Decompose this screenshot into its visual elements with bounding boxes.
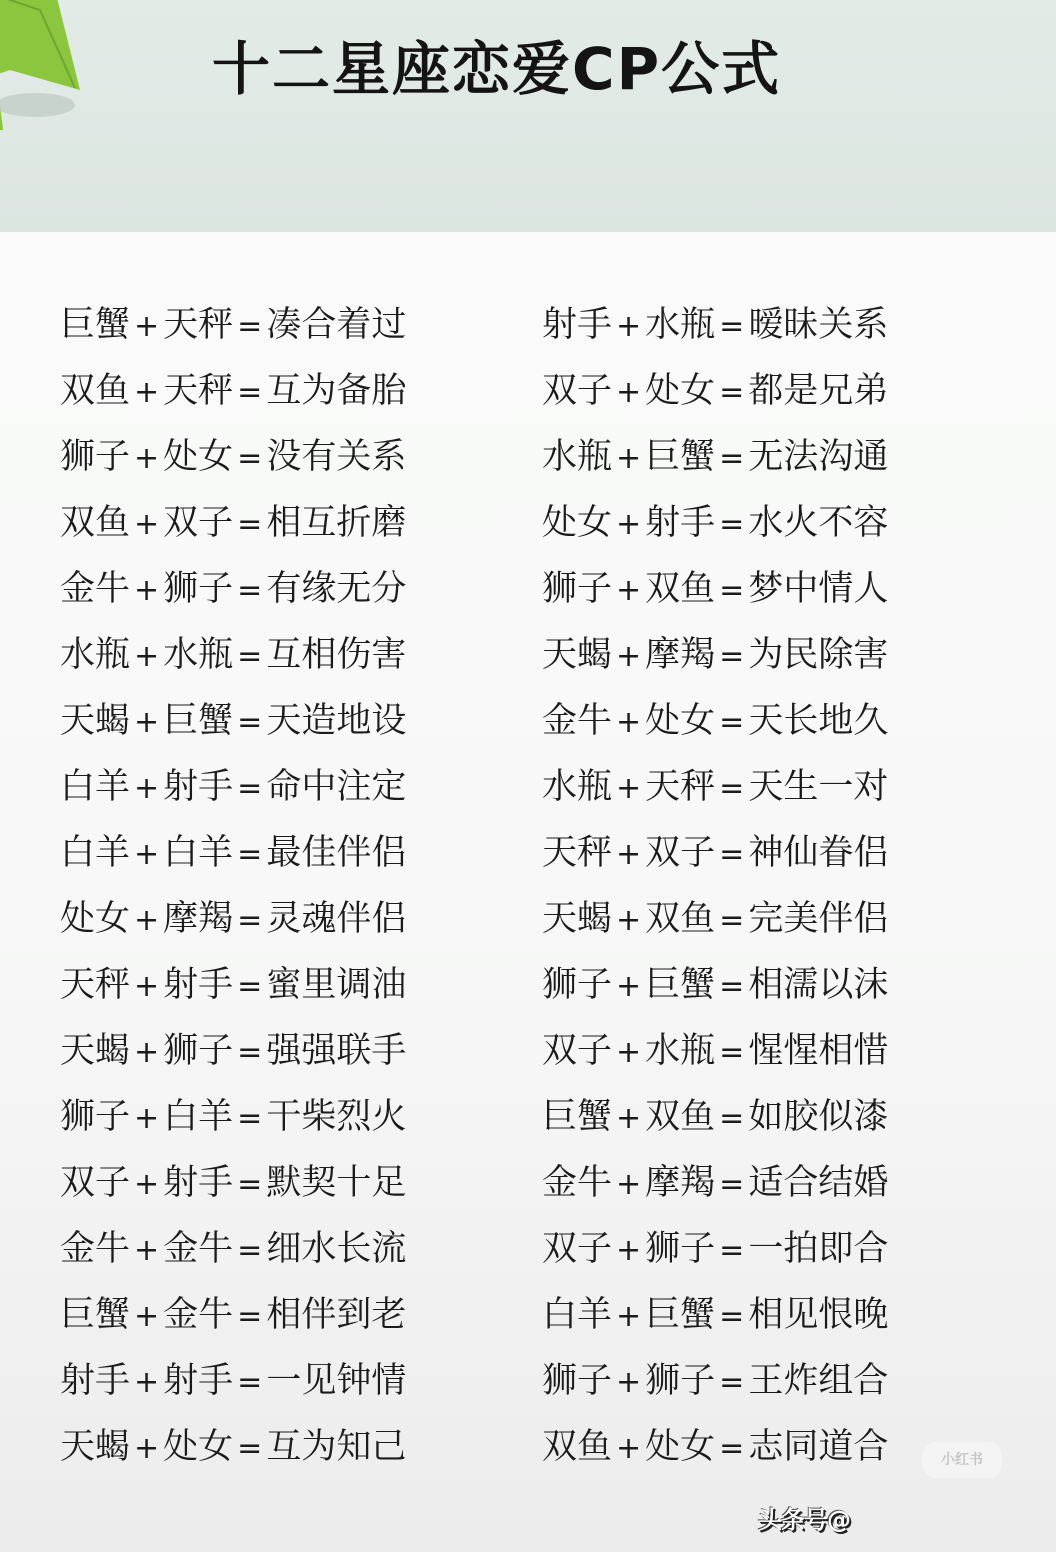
equals-sign: = (719, 309, 744, 344)
pairing-item: 巨蟹+金牛=相伴到老 (60, 1286, 542, 1352)
pairing-item: 射手+水瓶=暧昧关系 (542, 296, 962, 362)
plus-sign: + (616, 1167, 641, 1202)
pairing-item: 巨蟹+天秤=凑合着过 (60, 296, 542, 362)
pairing-item: 白羊+射手=命中注定 (60, 758, 542, 824)
pairing-result: 水火不容 (748, 503, 888, 543)
sign-b: 处女 (163, 1427, 233, 1467)
sign-a: 白羊 (60, 767, 130, 807)
plus-sign: + (134, 1035, 159, 1070)
sign-a: 射手 (542, 305, 612, 345)
equals-sign: = (719, 1101, 744, 1136)
sign-b: 狮子 (163, 1031, 233, 1071)
plus-sign: + (134, 705, 159, 740)
sign-b: 双鱼 (645, 569, 715, 609)
plus-sign: + (134, 837, 159, 872)
equals-sign: = (719, 639, 744, 674)
equals-sign: = (719, 903, 744, 938)
pairing-result: 天长地久 (748, 701, 888, 741)
equals-sign: = (719, 1431, 744, 1466)
equals-sign: = (237, 1035, 262, 1070)
sign-a: 天蝎 (60, 1427, 130, 1467)
pairing-result: 互为备胎 (266, 371, 406, 411)
plus-sign: + (616, 705, 641, 740)
sign-a: 天秤 (60, 965, 130, 1005)
sign-b: 天秤 (645, 767, 715, 807)
sign-b: 白羊 (163, 1097, 233, 1137)
pairing-item: 天秤+双子=神仙眷侣 (542, 824, 962, 890)
equals-sign: = (237, 573, 262, 608)
sign-a: 狮子 (542, 1361, 612, 1401)
plus-sign: + (616, 639, 641, 674)
sign-a: 白羊 (542, 1295, 612, 1335)
sign-a: 双子 (60, 1163, 130, 1203)
equals-sign: = (237, 507, 262, 542)
sign-b: 射手 (645, 503, 715, 543)
sign-a: 天蝎 (542, 899, 612, 939)
pairing-result: 惺惺相惜 (748, 1031, 888, 1071)
sign-b: 处女 (645, 1427, 715, 1467)
plus-sign: + (616, 1431, 641, 1466)
pairing-item: 狮子+处女=没有关系 (60, 428, 542, 494)
pairing-result: 志同道合 (748, 1427, 888, 1467)
pairing-item: 白羊+巨蟹=相见恨晚 (542, 1286, 962, 1352)
sign-b: 射手 (163, 965, 233, 1005)
sign-b: 巨蟹 (645, 437, 715, 477)
sign-b: 处女 (163, 437, 233, 477)
sign-a: 双鱼 (542, 1427, 612, 1467)
pairing-item: 双子+狮子=一拍即合 (542, 1220, 962, 1286)
sign-b: 处女 (645, 371, 715, 411)
plus-sign: + (616, 969, 641, 1004)
sign-a: 巨蟹 (542, 1097, 612, 1137)
pairing-item: 巨蟹+双鱼=如胶似漆 (542, 1088, 962, 1154)
sign-a: 金牛 (60, 1229, 130, 1269)
pairing-result: 适合结婚 (748, 1163, 888, 1203)
plus-sign: + (134, 375, 159, 410)
sign-b: 射手 (163, 1361, 233, 1401)
plus-sign: + (616, 1299, 641, 1334)
equals-sign: = (237, 837, 262, 872)
pairing-result: 都是兄弟 (748, 371, 888, 411)
plus-sign: + (616, 1233, 641, 1268)
sign-b: 巨蟹 (645, 1295, 715, 1335)
equals-sign: = (719, 969, 744, 1004)
plus-sign: + (616, 309, 641, 344)
sign-b: 金牛 (163, 1229, 233, 1269)
pairing-result: 相濡以沫 (748, 965, 888, 1005)
equals-sign: = (719, 441, 744, 476)
plus-sign: + (134, 1167, 159, 1202)
pairing-result: 默契十足 (266, 1163, 406, 1203)
sign-b: 金牛 (163, 1295, 233, 1335)
equals-sign: = (719, 1299, 744, 1334)
equals-sign: = (237, 441, 262, 476)
page-title: 十二星座恋爱CP公式 (212, 22, 781, 106)
sign-a: 白羊 (60, 833, 130, 873)
pairing-result: 暧昧关系 (748, 305, 888, 345)
pairing-result: 天造地设 (266, 701, 406, 741)
equals-sign: = (719, 1035, 744, 1070)
equals-sign: = (719, 771, 744, 806)
equals-sign: = (237, 771, 262, 806)
pairing-result: 神仙眷侣 (748, 833, 888, 873)
pairing-item: 狮子+巨蟹=相濡以沫 (542, 956, 962, 1022)
plus-sign: + (134, 903, 159, 938)
pairing-result: 没有关系 (266, 437, 406, 477)
watermark-text: 头条号@ (758, 1500, 850, 1535)
sign-b: 射手 (163, 767, 233, 807)
pairing-item: 天秤+射手=蜜里调油 (60, 956, 542, 1022)
sign-a: 双鱼 (60, 371, 130, 411)
sign-a: 天蝎 (542, 635, 612, 675)
plus-sign: + (616, 837, 641, 872)
sign-b: 水瓶 (163, 635, 233, 675)
sign-a: 金牛 (542, 1163, 612, 1203)
sign-b: 狮子 (163, 569, 233, 609)
plus-sign: + (134, 1101, 159, 1136)
sign-a: 狮子 (542, 965, 612, 1005)
sign-b: 巨蟹 (645, 965, 715, 1005)
pairing-result: 相伴到老 (266, 1295, 406, 1335)
pairing-item: 天蝎+巨蟹=天造地设 (60, 692, 542, 758)
sign-b: 白羊 (163, 833, 233, 873)
pairing-result: 干柴烈火 (266, 1097, 406, 1137)
pairing-item: 射手+射手=一见钟情 (60, 1352, 542, 1418)
plus-sign: + (616, 573, 641, 608)
sign-a: 水瓶 (542, 767, 612, 807)
equals-sign: = (719, 573, 744, 608)
equals-sign: = (237, 1167, 262, 1202)
plus-sign: + (134, 309, 159, 344)
equals-sign: = (237, 1365, 262, 1400)
equals-sign: = (237, 375, 262, 410)
pairing-item: 狮子+白羊=干柴烈火 (60, 1088, 542, 1154)
plus-sign: + (134, 507, 159, 542)
pairing-item: 天蝎+双鱼=完美伴侣 (542, 890, 962, 956)
sign-b: 摩羯 (645, 635, 715, 675)
plus-sign: + (616, 1365, 641, 1400)
equals-sign: = (237, 639, 262, 674)
pairing-item: 金牛+摩羯=适合结婚 (542, 1154, 962, 1220)
pairing-item: 狮子+狮子=王炸组合 (542, 1352, 962, 1418)
equals-sign: = (237, 1233, 262, 1268)
equals-sign: = (237, 309, 262, 344)
plus-sign: + (616, 507, 641, 542)
pairing-result: 灵魂伴侣 (266, 899, 406, 939)
pairing-item: 天蝎+狮子=强强联手 (60, 1022, 542, 1088)
sign-b: 射手 (163, 1163, 233, 1203)
pairing-result: 最佳伴侣 (266, 833, 406, 873)
pairing-item: 金牛+狮子=有缘无分 (60, 560, 542, 626)
sign-b: 摩羯 (163, 899, 233, 939)
sign-b: 处女 (645, 701, 715, 741)
pairing-item: 狮子+双鱼=梦中情人 (542, 560, 962, 626)
equals-sign: = (237, 705, 262, 740)
sign-b: 双子 (645, 833, 715, 873)
plus-sign: + (134, 441, 159, 476)
sign-a: 金牛 (542, 701, 612, 741)
pairing-result: 相见恨晚 (748, 1295, 888, 1335)
platform-badge: 小红书 (922, 1442, 1002, 1478)
plus-sign: + (616, 1101, 641, 1136)
sign-a: 巨蟹 (60, 305, 130, 345)
plus-sign: + (134, 639, 159, 674)
sign-b: 水瓶 (645, 1031, 715, 1071)
plus-sign: + (616, 903, 641, 938)
sign-a: 处女 (60, 899, 130, 939)
pairing-item: 双子+处女=都是兄弟 (542, 362, 962, 428)
sign-a: 狮子 (60, 437, 130, 477)
pairing-result: 天生一对 (748, 767, 888, 807)
sign-a: 天蝎 (60, 1031, 130, 1071)
equals-sign: = (719, 375, 744, 410)
sign-b: 水瓶 (645, 305, 715, 345)
pairing-item: 水瓶+水瓶=互相伤害 (60, 626, 542, 692)
sign-a: 水瓶 (542, 437, 612, 477)
pairing-result: 梦中情人 (748, 569, 888, 609)
sign-a: 双子 (542, 371, 612, 411)
sign-b: 天秤 (163, 305, 233, 345)
pairing-item: 金牛+处女=天长地久 (542, 692, 962, 758)
equals-sign: = (719, 705, 744, 740)
sign-a: 狮子 (542, 569, 612, 609)
leaf-decoration-icon (0, 0, 90, 130)
equals-sign: = (719, 1167, 744, 1202)
sign-a: 狮子 (60, 1097, 130, 1137)
sign-a: 金牛 (60, 569, 130, 609)
pairing-result: 王炸组合 (748, 1361, 888, 1401)
pairing-result: 强强联手 (266, 1031, 406, 1071)
plus-sign: + (134, 1299, 159, 1334)
sign-a: 双鱼 (60, 503, 130, 543)
pairing-result: 互相伤害 (266, 635, 406, 675)
pairing-result: 蜜里调油 (266, 965, 406, 1005)
pairing-item: 水瓶+巨蟹=无法沟通 (542, 428, 962, 494)
pairing-item: 双子+射手=默契十足 (60, 1154, 542, 1220)
pairing-result: 无法沟通 (748, 437, 888, 477)
equals-sign: = (237, 1299, 262, 1334)
pairing-item: 白羊+白羊=最佳伴侣 (60, 824, 542, 890)
plus-sign: + (134, 1233, 159, 1268)
sign-b: 摩羯 (645, 1163, 715, 1203)
pairing-result: 一拍即合 (748, 1229, 888, 1269)
pairing-result: 凑合着过 (266, 305, 406, 345)
pairing-item: 水瓶+天秤=天生一对 (542, 758, 962, 824)
pairing-result: 如胶似漆 (748, 1097, 888, 1137)
sign-b: 狮子 (645, 1229, 715, 1269)
pairing-item: 处女+射手=水火不容 (542, 494, 962, 560)
pairing-item: 处女+摩羯=灵魂伴侣 (60, 890, 542, 956)
pairing-result: 相互折磨 (266, 503, 406, 543)
sign-b: 双子 (163, 503, 233, 543)
sign-a: 巨蟹 (60, 1295, 130, 1335)
sign-a: 天秤 (542, 833, 612, 873)
equals-sign: = (719, 1365, 744, 1400)
equals-sign: = (237, 1101, 262, 1136)
plus-sign: + (134, 1431, 159, 1466)
pairing-item: 双子+水瓶=惺惺相惜 (542, 1022, 962, 1088)
sign-b: 天秤 (163, 371, 233, 411)
plus-sign: + (616, 441, 641, 476)
sign-b: 巨蟹 (163, 701, 233, 741)
pairing-result: 有缘无分 (266, 569, 406, 609)
pairing-item: 天蝎+摩羯=为民除害 (542, 626, 962, 692)
plus-sign: + (134, 1365, 159, 1400)
equals-sign: = (237, 903, 262, 938)
equals-sign: = (237, 969, 262, 1004)
sign-a: 处女 (542, 503, 612, 543)
pairing-result: 细水长流 (266, 1229, 406, 1269)
sign-b: 双鱼 (645, 1097, 715, 1137)
sign-a: 双子 (542, 1031, 612, 1071)
sign-a: 水瓶 (60, 635, 130, 675)
header-banner: 十二星座恋爱CP公式 (0, 0, 1056, 232)
sign-a: 天蝎 (60, 701, 130, 741)
pairing-item: 双鱼+处女=志同道合 (542, 1418, 962, 1484)
plus-sign: + (616, 771, 641, 806)
plus-sign: + (134, 771, 159, 806)
sign-b: 双鱼 (645, 899, 715, 939)
pairing-item: 天蝎+处女=互为知己 (60, 1418, 542, 1484)
pairing-result: 互为知己 (266, 1427, 406, 1467)
pairings-grid: 巨蟹+天秤=凑合着过射手+水瓶=暧昧关系双鱼+天秤=互为备胎双子+处女=都是兄弟… (60, 296, 962, 1484)
sign-a: 双子 (542, 1229, 612, 1269)
plus-sign: + (134, 969, 159, 1004)
plus-sign: + (616, 375, 641, 410)
equals-sign: = (719, 1233, 744, 1268)
pairing-item: 双鱼+双子=相互折磨 (60, 494, 542, 560)
plus-sign: + (616, 1035, 641, 1070)
sign-b: 狮子 (645, 1361, 715, 1401)
equals-sign: = (237, 1431, 262, 1466)
pairing-item: 金牛+金牛=细水长流 (60, 1220, 542, 1286)
equals-sign: = (719, 507, 744, 542)
pairing-item: 双鱼+天秤=互为备胎 (60, 362, 542, 428)
pairing-result: 一见钟情 (266, 1361, 406, 1401)
pairing-result: 命中注定 (266, 767, 406, 807)
equals-sign: = (719, 837, 744, 872)
plus-sign: + (134, 573, 159, 608)
sign-a: 射手 (60, 1361, 130, 1401)
pairing-result: 为民除害 (748, 635, 888, 675)
pairing-result: 完美伴侣 (748, 899, 888, 939)
